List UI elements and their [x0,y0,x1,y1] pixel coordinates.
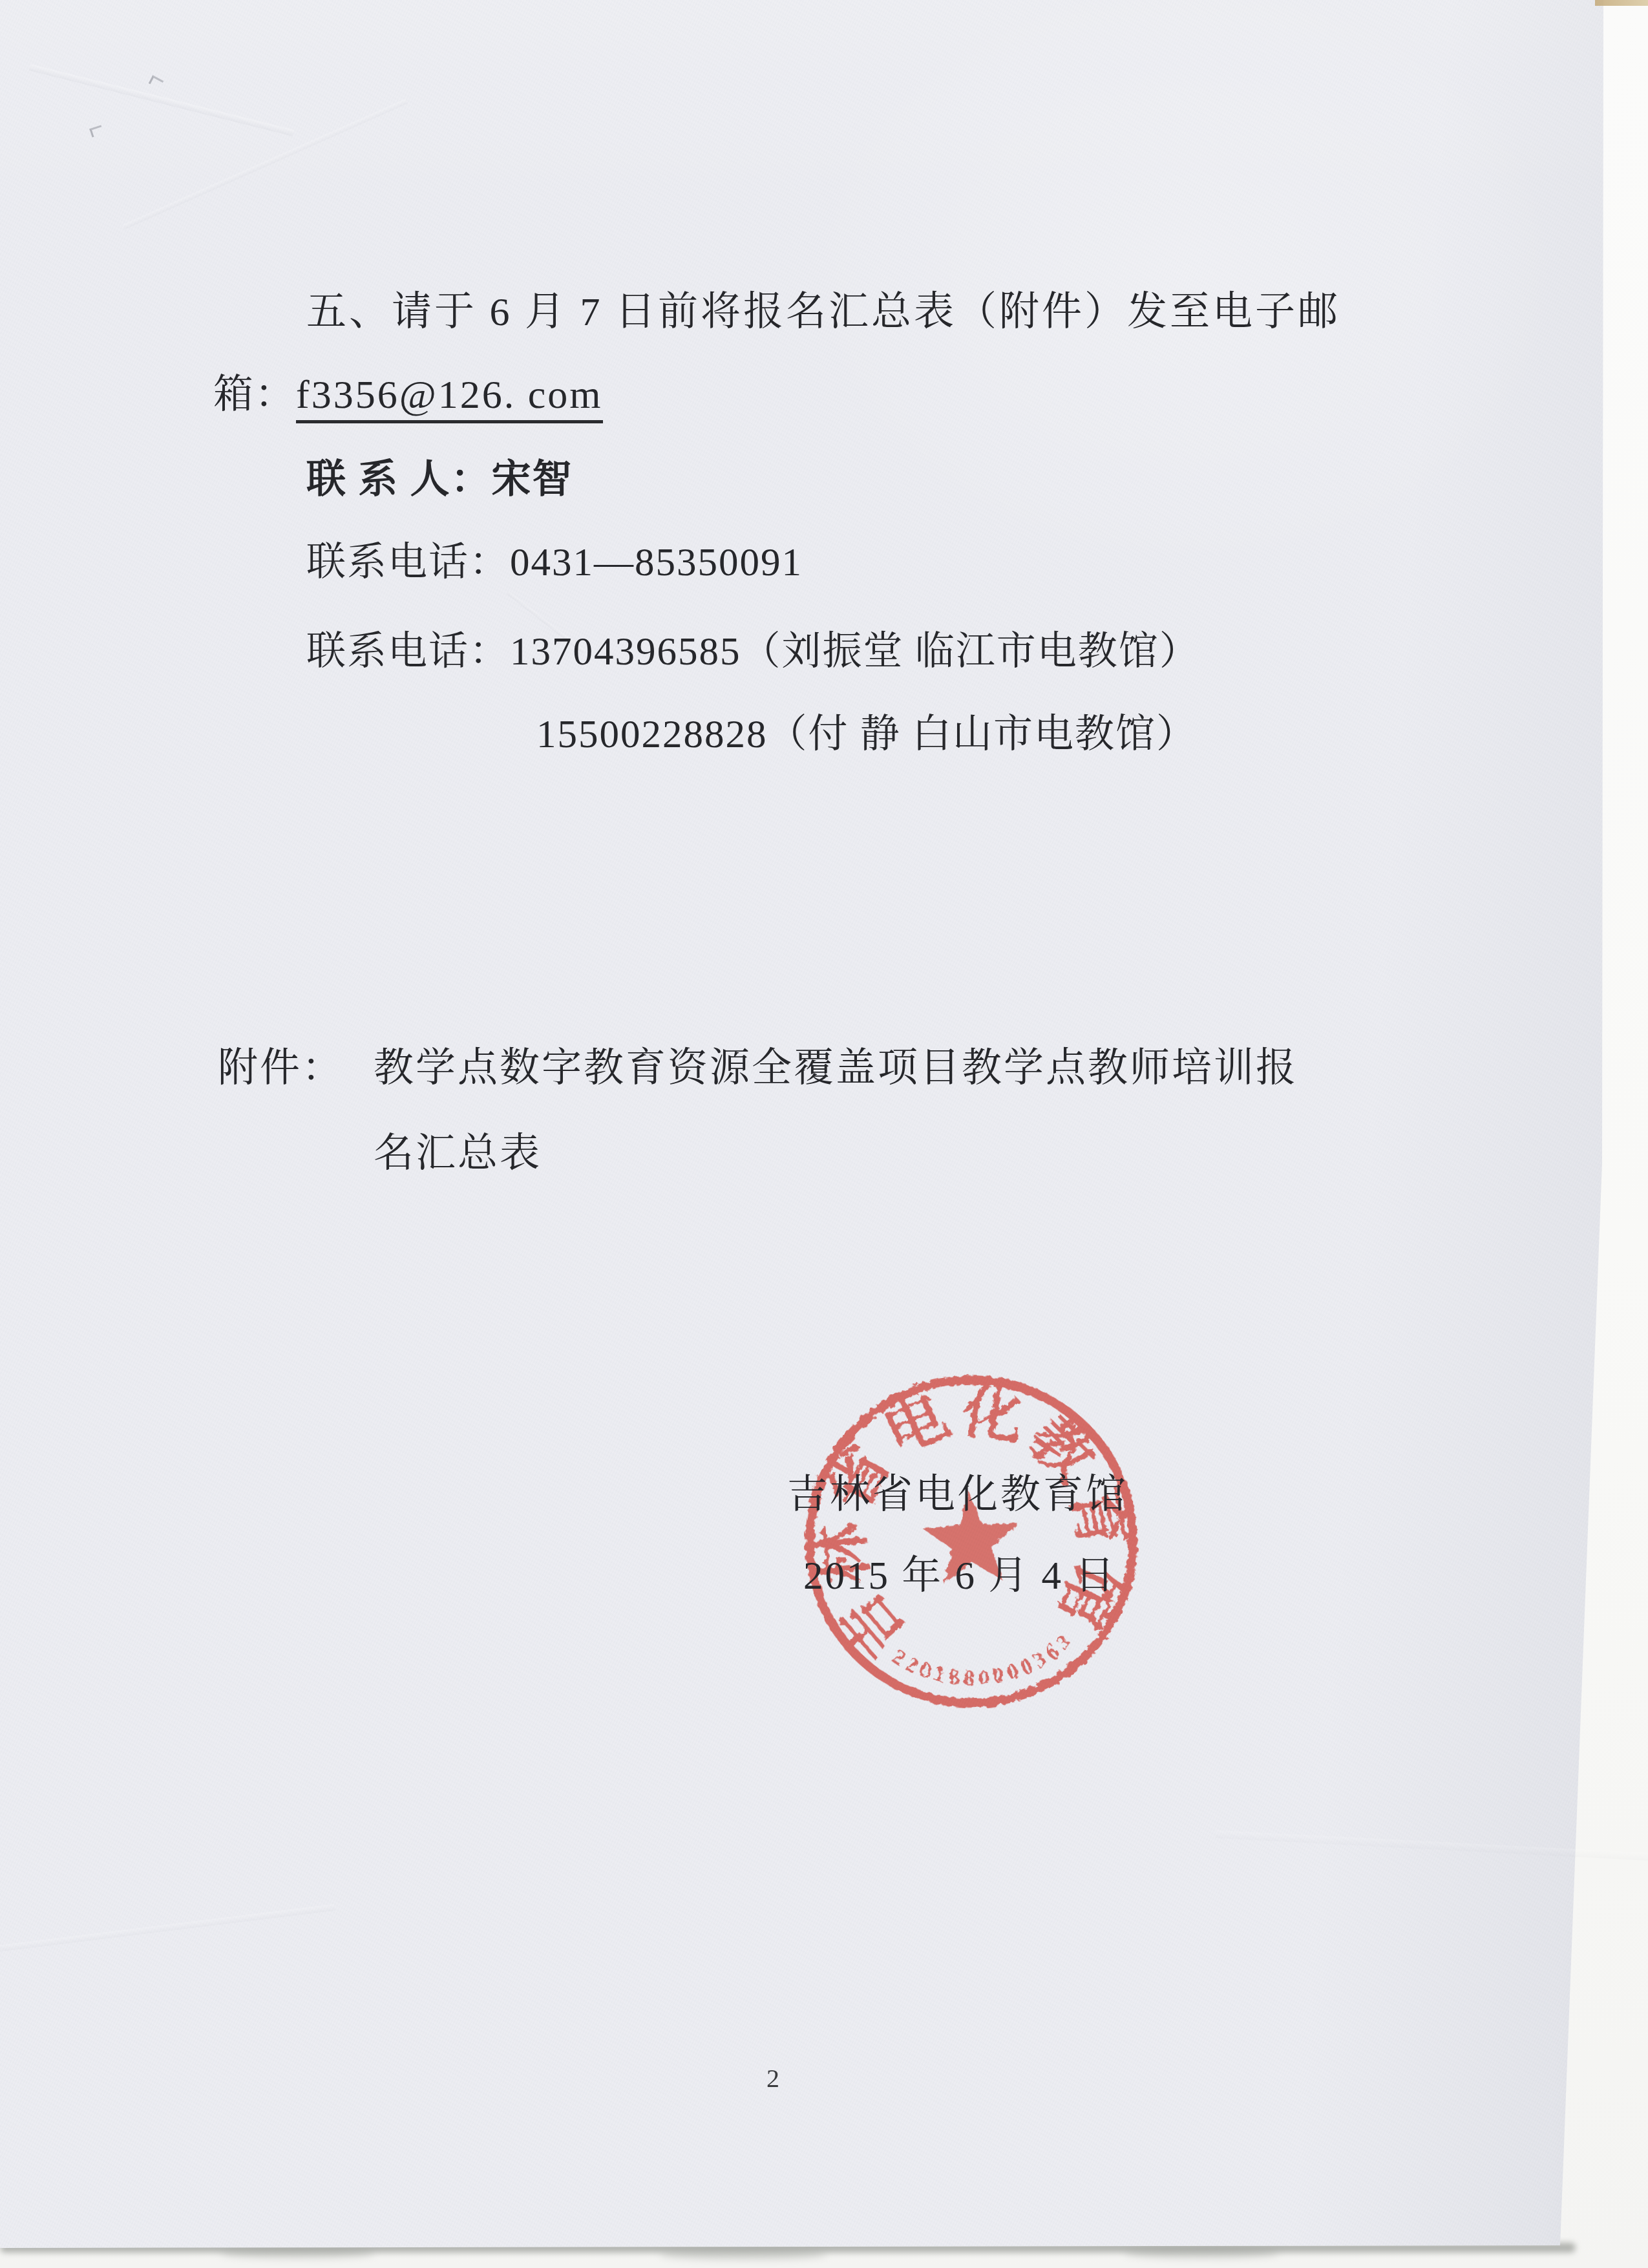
attachment-title-line-2: 名汇总表 [374,1134,542,1174]
issuer-name: 吉林省电化教育馆 [787,1475,1128,1515]
paragraph-item5-continuation: 箱：f3356@126. com [213,375,603,415]
attachment-label: 附件： [218,1048,344,1088]
official-seal: 吉林省电化教育馆 2201880000363 [777,1348,1165,1735]
paper-sheet [0,0,1648,2268]
page-number: 2 [766,2066,779,2092]
issue-date: 2015 年 6 月 4 日 [803,1556,1116,1596]
scanned-document-page: 吉林省电化教育馆 2201880000363 五、请于 6 月 7 日前将报名汇… [0,0,1648,2268]
phone-line-1: 联系电话：0431—85350091 [306,543,803,582]
contact-person-line: 联 系 人：宋智 [306,460,573,500]
scan-shadow-scallop [1125,2248,1280,2258]
email-address: f3356@126. com [296,373,603,423]
scan-shadow-scallop [659,2249,827,2260]
svg-text:8: 8 [947,1665,962,1690]
svg-text:1: 1 [931,1662,947,1688]
paragraph-item5: 五、请于 6 月 7 日前将报名汇总表（附件）发至电子邮 [306,292,1340,332]
attachment-title-line-1: 教学点数字教育资源全覆盖项目教学点教师培训报 [374,1048,1298,1088]
svg-text:8: 8 [963,1666,975,1690]
svg-text:化: 化 [956,1375,1028,1452]
svg-text:0: 0 [977,1666,990,1690]
scan-edge-artifact [1595,0,1648,6]
phone-line-3: 15500228828（付 静 白山市电教馆） [536,715,1197,754]
svg-text:0: 0 [991,1663,1006,1689]
svg-text:电: 电 [873,1381,958,1469]
scan-shadow-scallop [220,2248,375,2258]
mailbox-label: 箱： [213,373,296,417]
phone-line-2: 联系电话：13704396585（刘振堂 临江市电教馆） [306,632,1200,672]
